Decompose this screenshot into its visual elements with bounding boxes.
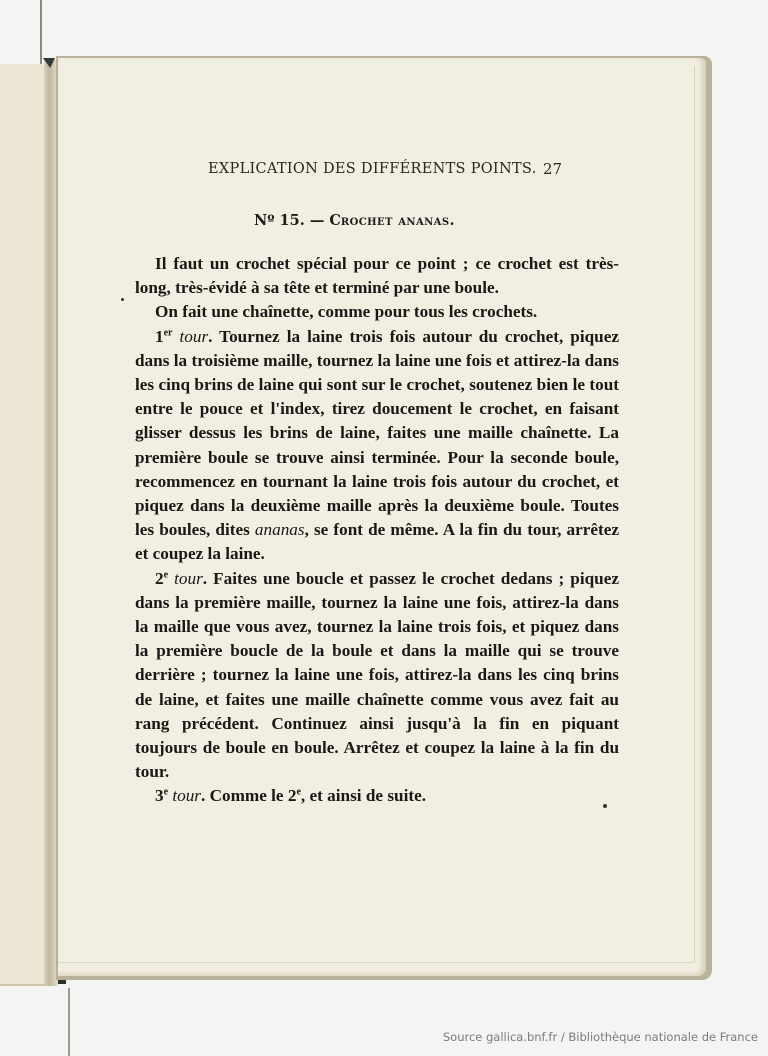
source-credit: Source gallica.bnf.fr / Bibliothèque nat… [443, 1030, 758, 1044]
paragraph: Il faut un crochet spécial pour ce point… [135, 252, 619, 300]
paragraph-text: . Tournez la laine trois fois autour du … [135, 327, 619, 540]
italic-text: tour [168, 569, 203, 588]
section-title-rest: rochet ananas. [341, 212, 455, 229]
body-text: Il faut un crochet spécial pour ce point… [135, 252, 619, 809]
paragraph-text: 1 [155, 327, 164, 346]
backdrop-crease-bottom [68, 988, 70, 1056]
italic-text: tour [168, 786, 201, 805]
paragraph: 1er tour. Tournez la laine trois fois au… [135, 325, 619, 567]
section-title: Nº 15. — Crochet ananas. [254, 212, 455, 229]
italic-text: tour [172, 327, 208, 346]
paragraph: 3e tour. Comme le 2e, et ainsi de suite. [135, 784, 619, 808]
book-page: EXPLICATION DES DIFFÉRENTS POINTS. 27 Nº… [58, 58, 706, 976]
paragraph-text: . Comme le 2 [201, 786, 296, 805]
paragraph-text: On fait une chaînette, comme pour tous l… [155, 302, 537, 321]
section-number: Nº 15. — [254, 212, 329, 229]
paragraph-text: 3 [155, 786, 164, 805]
section-title-initial: C [329, 212, 341, 229]
paragraph-text: Il faut un crochet spécial pour ce point… [135, 254, 619, 297]
italic-text: ananas [255, 520, 305, 539]
paper-speck [121, 298, 124, 301]
backdrop-crease-top [40, 0, 42, 68]
paragraph-text: , et ainsi de suite. [301, 786, 426, 805]
page-number: 27 [543, 160, 562, 178]
running-head: EXPLICATION DES DIFFÉRENTS POINTS. [208, 161, 558, 177]
paragraph-text: 2 [155, 569, 164, 588]
paper-speck [603, 804, 607, 808]
paragraph: 2e tour. Faites une boucle et passez le … [135, 567, 619, 785]
paragraph: On fait une chaînette, comme pour tous l… [135, 300, 619, 324]
paragraph-text: . Faites une boucle et passez le crochet… [135, 569, 619, 782]
